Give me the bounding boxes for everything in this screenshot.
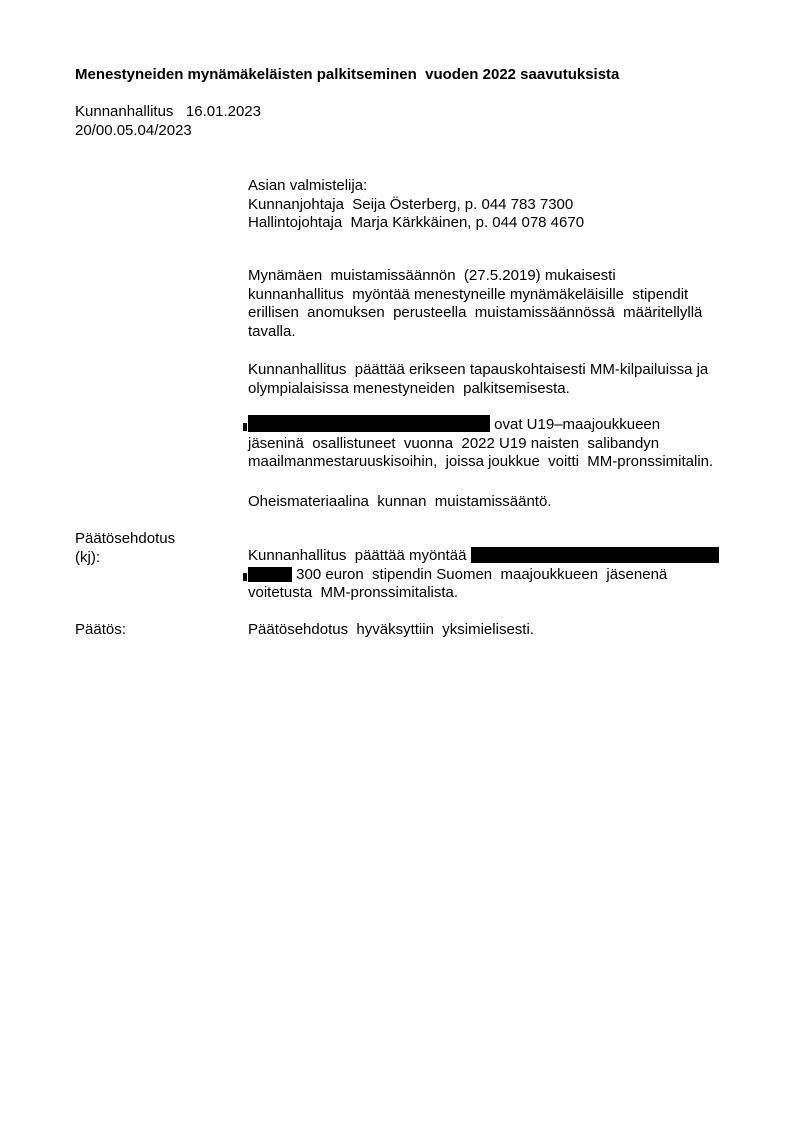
redaction-fragment-2: [243, 573, 247, 581]
proposal-label-block: Päätösehdotus (kj):: [75, 530, 235, 567]
scope-line-2: olympialaisissa menestyneiden palkitsemi…: [248, 380, 758, 399]
redaction-fragment-1: [243, 423, 247, 431]
redaction-bar-names: [248, 415, 490, 432]
proposal-line-3: voitetusta MM-pronssimitalista.: [248, 584, 758, 603]
proposal-label: Päätösehdotus: [75, 530, 235, 549]
rules-paragraph: Mynämäen muistamissäännön (27.5.2019) mu…: [248, 267, 758, 341]
decision-text: Päätösehdotus hyväksyttiin yksimielisest…: [248, 621, 758, 640]
scope-paragraph: Kunnanhallitus päättää erikseen tapausko…: [248, 361, 758, 398]
page-title: Menestyneiden mynämäkeläisten palkitsemi…: [75, 66, 755, 85]
case-number-line: 20/00.05.04/2023: [75, 122, 475, 141]
proposal-sublabel: (kj):: [75, 549, 235, 568]
rules-line-2: kunnanhallitus myöntää menestyneille myn…: [248, 286, 758, 305]
proposal-line-2-text: 300 euron stipendin Suomen maajoukkueen …: [292, 566, 667, 583]
preparer-block: Asian valmistelija: Kunnanjohtaja Seija …: [248, 177, 768, 233]
attachment-line: Oheismateriaalina kunnan muistamissääntö…: [248, 493, 758, 512]
rules-line-1: Mynämäen muistamissäännön (27.5.2019) mu…: [248, 267, 758, 286]
decision-label: Päätös:: [75, 621, 235, 640]
achievement-line-2: jäseninä osallistuneet vuonna 2022 U19 n…: [248, 435, 758, 454]
achievement-paragraph: ovat U19–maajoukkueen jäseninä osallistu…: [248, 415, 758, 472]
proposal-body: Kunnanhallitus päättää myöntää 300 euron…: [248, 547, 758, 603]
achievement-line-3: maailmanmestaruuskisoihin, joissa joukku…: [248, 453, 758, 472]
redaction-bar-small: [248, 567, 292, 582]
proposal-line-1-text: Kunnanhallitus päättää myöntää: [248, 547, 471, 564]
preparer-contact-2: Hallintojohtaja Marja Kärkkäinen, p. 044…: [248, 214, 768, 233]
meta-block: Kunnanhallitus 16.01.2023 20/00.05.04/20…: [75, 103, 475, 140]
proposal-line-2: 300 euron stipendin Suomen maajoukkueen …: [248, 566, 758, 585]
committee-date-line: Kunnanhallitus 16.01.2023: [75, 103, 475, 122]
proposal-line-1: Kunnanhallitus päättää myöntää: [248, 547, 758, 566]
rules-line-3: erillisen anomuksen perusteella muistami…: [248, 304, 758, 323]
preparer-heading: Asian valmistelija:: [248, 177, 768, 196]
preparer-contact-1: Kunnanjohtaja Seija Österberg, p. 044 78…: [248, 196, 768, 215]
achievement-line-1-text: ovat U19–maajoukkueen: [490, 416, 660, 433]
redaction-bar-proposal: [471, 547, 719, 563]
rules-line-4: tavalla.: [248, 323, 758, 342]
document-page: Menestyneiden mynämäkeläisten palkitsemi…: [0, 0, 794, 1122]
scope-line-1: Kunnanhallitus päättää erikseen tapausko…: [248, 361, 758, 380]
achievement-line-1: ovat U19–maajoukkueen: [248, 415, 758, 435]
